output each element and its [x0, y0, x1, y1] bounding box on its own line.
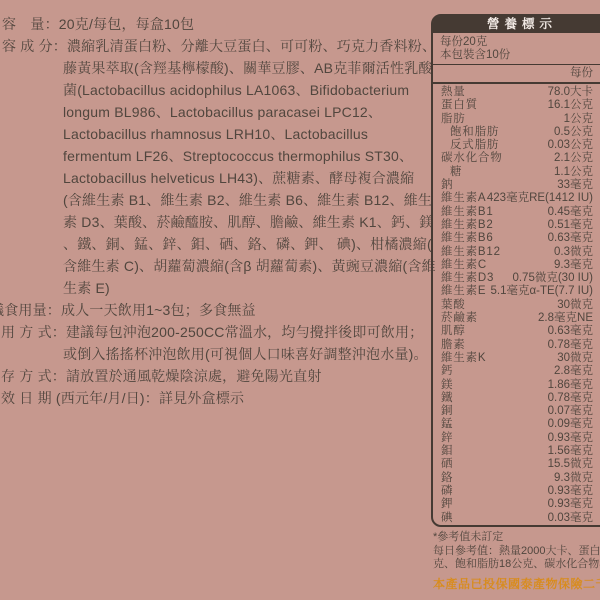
servings-per-package: 本包裝含10份: [440, 49, 593, 62]
serving-size: 每份20克: [440, 36, 593, 49]
nutrition-row: 飽和脂肪0.5公克: [433, 126, 600, 139]
nutrient-name: 維生素B2: [441, 219, 494, 232]
insurance-note: 本產品已投保國泰產物保險二千萬元: [433, 575, 600, 592]
nutrition-row: 菸鹼素2.8毫克NE: [433, 312, 600, 325]
nutrient-value: 0.51毫克: [548, 219, 593, 232]
nutrient-name: 肌醇: [441, 325, 466, 338]
footnote-line: 每日參考值：熱量2000大卡、蛋白質60公: [433, 545, 600, 559]
product-info-line: 存 方 式：請放置於通風乾燥陰涼處，避免陽光直射: [1, 365, 436, 387]
nutrition-row: 銅0.07毫克: [433, 405, 600, 418]
nutrient-value: 2.8毫克NE: [538, 312, 593, 325]
nutrient-name: 硒: [441, 458, 453, 471]
nutrient-name: 反式脂肪: [441, 139, 499, 152]
nutrition-row: 鈉33毫克: [433, 179, 600, 192]
nutrition-row: 脂肪1公克: [433, 113, 600, 126]
nutrient-value: 1.56毫克: [548, 445, 593, 458]
nutrient-value: 30微克: [557, 299, 593, 312]
nutrient-value: 9.3微克: [554, 472, 593, 485]
footnote-line: 克、飽和脂肪18公克、碳水化合物300公: [433, 558, 600, 572]
product-info-line: 菌(Lactobacillus acidophilus LA1063、Bifid…: [63, 79, 436, 101]
nutrient-value: 5.1毫克α-TE(7.7 IU): [490, 285, 593, 298]
nutrient-value: 0.5公克: [554, 126, 593, 139]
nutrition-rows: 熱量78.0大卡蛋白質16.1公克脂肪1公克飽和脂肪0.5公克反式脂肪0.03公…: [433, 84, 600, 525]
product-info-line: 用 方 式：建議每包沖泡200-250CC常溫水，均勻攪拌後即可飲用；: [1, 321, 436, 343]
nutrient-name: 脂肪: [441, 113, 466, 126]
product-info-line: longum BL986、Lactobacillus paracasei LPC…: [63, 101, 436, 123]
nutrient-value: 16.1公克: [548, 99, 593, 112]
nutrient-value: 33毫克: [557, 179, 593, 192]
nutrient-value: 0.78毫克: [548, 392, 593, 405]
product-info-line: 、鐵、銅、錳、鋅、鉬、硒、鉻、磷、鉀、 碘)、柑橘濃縮(: [63, 233, 436, 255]
nutrient-name: 維生素C: [441, 259, 487, 272]
nutrient-name: 錳: [441, 418, 453, 431]
nutrient-value: 0.3微克: [554, 246, 593, 259]
nutrient-value: 0.07毫克: [548, 405, 593, 418]
nutrient-name: 蛋白質: [441, 99, 478, 112]
nutrient-name: 維生素B1: [441, 206, 494, 219]
nutrient-name: 維生素D3: [441, 272, 494, 285]
nutrition-row: 膽素0.78毫克: [433, 339, 600, 352]
nutrient-name: 熱量: [441, 86, 466, 99]
nutrient-name: 維生素A: [441, 192, 486, 205]
nutrition-row: 維生素D30.75微克(30 IU): [433, 272, 600, 285]
nutrition-row: 鋅0.93毫克: [433, 432, 600, 445]
nutrition-row: 蛋白質16.1公克: [433, 99, 600, 112]
product-info-line: 生素 E): [63, 277, 436, 299]
nutrition-row: 維生素B60.63毫克: [433, 232, 600, 245]
footnote-line: *參考值未訂定: [433, 531, 600, 545]
nutrient-value: 2.1公克: [554, 152, 593, 165]
nutrition-row: 維生素E5.1毫克α-TE(7.7 IU): [433, 285, 600, 298]
nutrient-name: 維生素B12: [441, 246, 501, 259]
product-info-line: Lactobacillus rhamnosus LRH10、Lactobacil…: [63, 123, 436, 145]
nutrient-name: 碳水化合物: [441, 152, 503, 165]
nutrient-name: 鋅: [441, 432, 453, 445]
nutrient-value: 0.78毫克: [548, 339, 593, 352]
nutrition-row: 碘0.03毫克: [433, 512, 600, 525]
product-info-line: Lactobacillus helveticus LH43)、蔗糖素、酵母複合濃…: [63, 167, 436, 189]
nutrient-value: 2.8毫克: [554, 365, 593, 378]
nutrient-value: 0.03毫克: [548, 512, 593, 525]
nutrient-name: 鈉: [441, 179, 453, 192]
nutrient-name: 磷: [441, 485, 453, 498]
nutrition-row: 葉酸30微克: [433, 299, 600, 312]
nutrient-name: 銅: [441, 405, 453, 418]
nutrient-value: 0.93毫克: [548, 432, 593, 445]
nutrient-value: 0.75微克(30 IU): [512, 272, 593, 285]
nutrient-value: 423毫克RE(1412 IU): [487, 192, 593, 205]
nutrition-row: 熱量78.0大卡: [433, 86, 600, 99]
nutrition-row: 維生素K30微克: [433, 352, 600, 365]
footnote-lines: *參考值未訂定每日參考值：熱量2000大卡、蛋白質60公克、飽和脂肪18公克、碳…: [433, 531, 600, 572]
nutrient-name: 鉬: [441, 445, 453, 458]
nutrient-value: 1.1公克: [554, 166, 593, 179]
product-info-line: (含維生素 B1、維生素 B2、維生素 B6、維生素 B12、維生: [63, 189, 436, 211]
nutrition-row: 磷0.93毫克: [433, 485, 600, 498]
nutrition-row: 鎂1.86毫克: [433, 379, 600, 392]
nutrition-row: 維生素C9.3毫克: [433, 259, 600, 272]
product-info-line: 或倒入搖搖杯沖泡飲用(可視個人口味喜好調整沖泡水量)。: [63, 343, 436, 365]
nutrition-row: 維生素B10.45毫克: [433, 206, 600, 219]
product-info-line: 效 日 期 (西元年/月/日)：詳見外盒標示: [1, 387, 436, 409]
product-info-line: 素 D3、葉酸、菸鹼醯胺、肌醇、膽鹼、維生素 K1、鈣、鎂: [63, 211, 436, 233]
nutrition-row: 反式脂肪0.03公克: [433, 139, 600, 152]
nutrient-value: 0.45毫克: [548, 206, 593, 219]
nutrient-name: 鉻: [441, 472, 453, 485]
nutrient-value: 0.93毫克: [548, 498, 593, 511]
nutrition-row: 鉀0.93毫克: [433, 498, 600, 511]
product-info-line: 藤黃果萃取(含羥基檸檬酸)、關華豆膠、AB克菲爾活性乳酸: [63, 57, 436, 79]
nutrient-name: 飽和脂肪: [441, 126, 499, 139]
nutrient-value: 0.93毫克: [548, 485, 593, 498]
nutrition-row: 維生素B20.51毫克: [433, 219, 600, 232]
nutrient-name: 葉酸: [441, 299, 466, 312]
footnotes: *參考值未訂定每日參考值：熱量2000大卡、蛋白質60公克、飽和脂肪18公克、碳…: [433, 531, 600, 592]
nutrient-name: 糖: [441, 166, 462, 179]
serving-info: 每份20克 本包裝含10份: [433, 33, 600, 65]
product-info-line: 含維生素 C)、胡蘿蔔濃縮(含β 胡蘿蔔素)、黃豌豆濃縮(含維: [63, 255, 436, 277]
product-info-line: 議食用量：成人一天飲用1~3包；多食無益: [0, 299, 436, 321]
amount-column-header: 每份: [433, 65, 600, 84]
product-info-line: 容 量：20克/每包，每盒10包: [2, 13, 436, 35]
nutrient-value: 15.5微克: [548, 458, 593, 471]
nutrition-row: 錳0.09毫克: [433, 418, 600, 431]
product-info-line: fermentum LF26、Streptococcus thermophilu…: [63, 145, 436, 167]
nutrient-value: 0.63毫克: [548, 232, 593, 245]
nutrition-row: 鐵0.78毫克: [433, 392, 600, 405]
nutrition-table-title: 營養標示: [433, 16, 600, 33]
nutrition-row: 糖1.1公克: [433, 166, 600, 179]
nutrition-row: 鉬1.56毫克: [433, 445, 600, 458]
nutrition-row: 硒15.5微克: [433, 458, 600, 471]
nutrition-facts-table: 營養標示 每份20克 本包裝含10份 每份 熱量78.0大卡蛋白質16.1公克脂…: [431, 14, 600, 527]
nutrient-name: 維生素B6: [441, 232, 494, 245]
nutrient-name: 鉀: [441, 498, 453, 511]
nutrient-value: 1公克: [564, 113, 593, 126]
nutrition-row: 鈣2.8毫克: [433, 365, 600, 378]
product-info-line: 容 成 分：濃縮乳清蛋白粉、分離大豆蛋白、可可粉、巧克力香料粉、: [2, 35, 436, 57]
nutrient-name: 鎂: [441, 379, 453, 392]
nutrition-row: 鉻9.3微克: [433, 472, 600, 485]
product-info-panel: 容 量：20克/每包，每盒10包容 成 分：濃縮乳清蛋白粉、分離大豆蛋白、可可粉…: [0, 13, 436, 409]
nutrient-name: 維生素E: [441, 285, 486, 298]
nutrient-name: 膽素: [441, 339, 466, 352]
nutrition-row: 維生素A423毫克RE(1412 IU): [433, 192, 600, 205]
nutrient-value: 1.86毫克: [548, 379, 593, 392]
nutrient-value: 78.0大卡: [548, 86, 593, 99]
nutrient-value: 0.03公克: [548, 139, 593, 152]
nutrient-value: 9.3毫克: [554, 259, 593, 272]
nutrient-value: 0.63毫克: [548, 325, 593, 338]
nutrient-name: 鈣: [441, 365, 453, 378]
nutrition-row: 肌醇0.63毫克: [433, 325, 600, 338]
nutrient-value: 30微克: [557, 352, 593, 365]
nutrition-row: 維生素B120.3微克: [433, 246, 600, 259]
nutrient-name: 碘: [441, 512, 453, 525]
nutrition-row: 碳水化合物2.1公克: [433, 152, 600, 165]
nutrient-name: 維生素K: [441, 352, 486, 365]
nutrient-name: 菸鹼素: [441, 312, 478, 325]
nutrient-name: 鐵: [441, 392, 453, 405]
nutrient-value: 0.09毫克: [548, 418, 593, 431]
